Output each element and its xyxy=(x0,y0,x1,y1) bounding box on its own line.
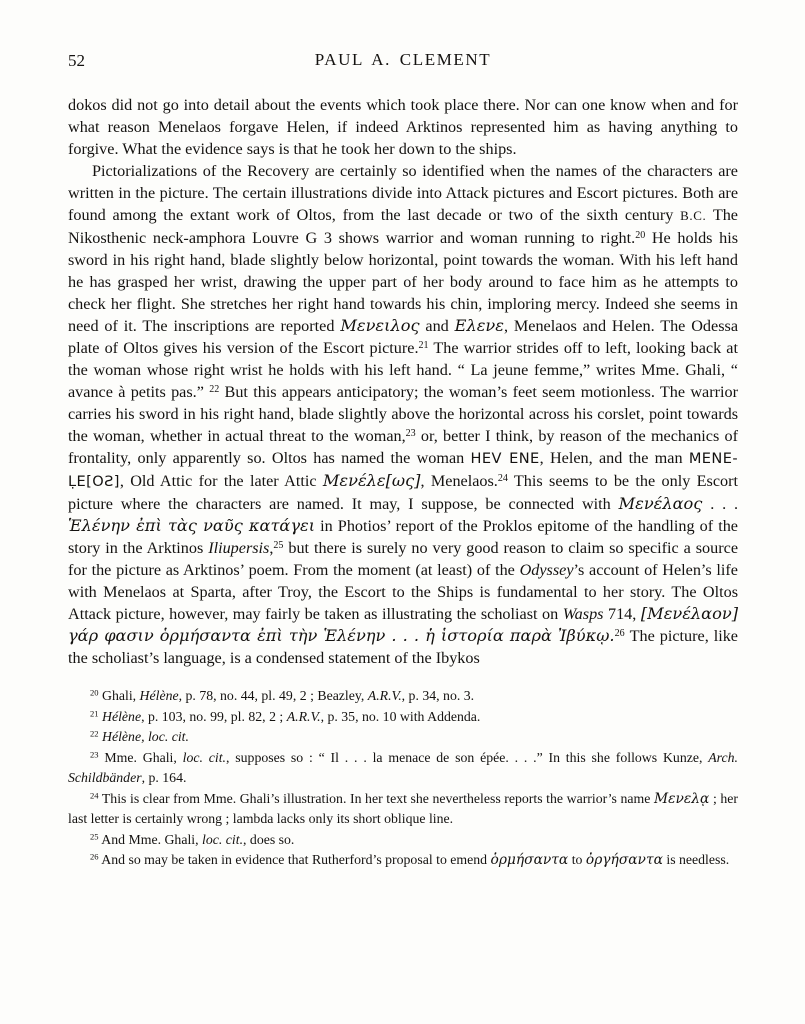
text-run: , supposes so : “ Il . . . la menace de … xyxy=(226,750,708,765)
italic-text: A.R.V. xyxy=(368,688,402,703)
footnote-reference: 23 xyxy=(406,428,416,439)
greek-text: Ἑλένην ἐπὶ τὰς ναῦς κατάγει xyxy=(68,516,315,535)
small-caps-text: B.C. xyxy=(680,208,706,223)
text-run: , p. 35, no. 10 with Addenda. xyxy=(321,709,481,724)
greek-text: ὁρμήσαντα xyxy=(491,852,569,868)
inscription-text: HEV ENE xyxy=(471,450,540,467)
text-run: is needless. xyxy=(663,852,729,867)
running-header: 52 PAUL A. CLEMENT xyxy=(68,50,738,72)
text-run: , Menelaos. xyxy=(420,472,497,490)
footnote-25: 25 And Mme. Ghali, loc. cit., does so. xyxy=(68,830,738,851)
italic-text: Hélène, loc. cit. xyxy=(102,729,189,744)
text-run: Ghali, xyxy=(99,688,140,703)
text-run: And so may be taken in evidence that Rut… xyxy=(99,852,491,867)
italic-text: loc. cit. xyxy=(183,750,226,765)
footnote-reference: 21 xyxy=(90,708,99,718)
text-run: , Old Attic for the later Attic xyxy=(120,472,323,490)
text-run: , p. 103, no. 99, pl. 82, 2 ; xyxy=(141,709,287,724)
italic-text: A.R.V. xyxy=(287,709,321,724)
italic-text: Wasps xyxy=(563,605,604,623)
footnote-26: 26 And so may be taken in evidence that … xyxy=(68,850,738,871)
text-run: Mme. Ghali, xyxy=(99,750,183,765)
italic-text: Iliupersis xyxy=(208,539,269,557)
document-page: 52 PAUL A. CLEMENT dokos did not go into… xyxy=(0,0,805,1024)
italic-text: Odyssey xyxy=(520,561,574,579)
greek-text: Μενελᾳ xyxy=(654,791,709,807)
text-run: to xyxy=(568,852,586,867)
body-text: dokos did not go into detail about the e… xyxy=(68,94,738,669)
italic-text: Hélène xyxy=(102,709,141,724)
footnote-reference: 25 xyxy=(90,831,99,841)
text-run: , does so. xyxy=(243,832,294,847)
greek-text: Μενειλος xyxy=(340,316,419,335)
footnote-reference: 20 xyxy=(635,230,645,241)
footnotes-section: 20 Ghali, Hélène, p. 78, no. 44, pl. 49,… xyxy=(68,686,738,871)
text-run: Pictorializations of the Recovery are ce… xyxy=(68,162,738,224)
italic-text: Hélène xyxy=(140,688,179,703)
text-run: and xyxy=(420,317,455,335)
footnote-20: 20 Ghali, Hélène, p. 78, no. 44, pl. 49,… xyxy=(68,686,738,707)
footnote-reference: 23 xyxy=(90,749,99,759)
footnote-24: 24 This is clear from Mme. Ghali’s illus… xyxy=(68,789,738,830)
footnote-reference: 25 xyxy=(273,540,283,551)
paragraph-continuation: dokos did not go into detail about the e… xyxy=(68,94,738,160)
footnote-reference: 24 xyxy=(90,790,99,800)
page-number: 52 xyxy=(68,51,85,71)
text-run: . . . xyxy=(702,495,738,513)
footnote-reference: 21 xyxy=(419,340,429,351)
running-head-title: PAUL A. CLEMENT xyxy=(68,50,738,70)
greek-text: Ελενε xyxy=(455,316,504,335)
paragraph-pictorializations: Pictorializations of the Recovery are ce… xyxy=(68,160,738,669)
footnote-reference: 26 xyxy=(90,852,99,862)
text-run: , p. 34, no. 3. xyxy=(402,688,474,703)
text-run: dokos did not go into detail about the e… xyxy=(68,96,738,158)
text-run: , Helen, and the man xyxy=(540,449,689,467)
text-run: And Mme. Ghali, xyxy=(99,832,202,847)
footnote-reference: 26 xyxy=(615,628,625,639)
text-run: , p. 78, no. 44, pl. 49, 2 ; Beazley, xyxy=(179,688,368,703)
italic-text: loc. cit. xyxy=(202,832,243,847)
footnote-reference: 22 xyxy=(90,729,99,739)
text-run: 714, xyxy=(603,605,640,623)
footnote-reference: 22 xyxy=(209,384,219,395)
text-run: , p. 164. xyxy=(142,770,187,785)
footnote-22: 22 Hélène, loc. cit. xyxy=(68,727,738,748)
greek-text: Μενέλε[ως] xyxy=(323,471,421,490)
text-run: This is clear from Mme. Ghali’s illustra… xyxy=(99,791,654,806)
footnote-21: 21 Hélène, p. 103, no. 99, pl. 82, 2 ; A… xyxy=(68,707,738,728)
greek-text: ὀργήσαντα xyxy=(586,852,663,868)
footnote-23: 23 Mme. Ghali, loc. cit., supposes so : … xyxy=(68,748,738,789)
greek-text: Μενέλαος xyxy=(619,494,703,513)
footnote-reference: 24 xyxy=(498,473,508,484)
footnote-reference: 20 xyxy=(90,688,99,698)
